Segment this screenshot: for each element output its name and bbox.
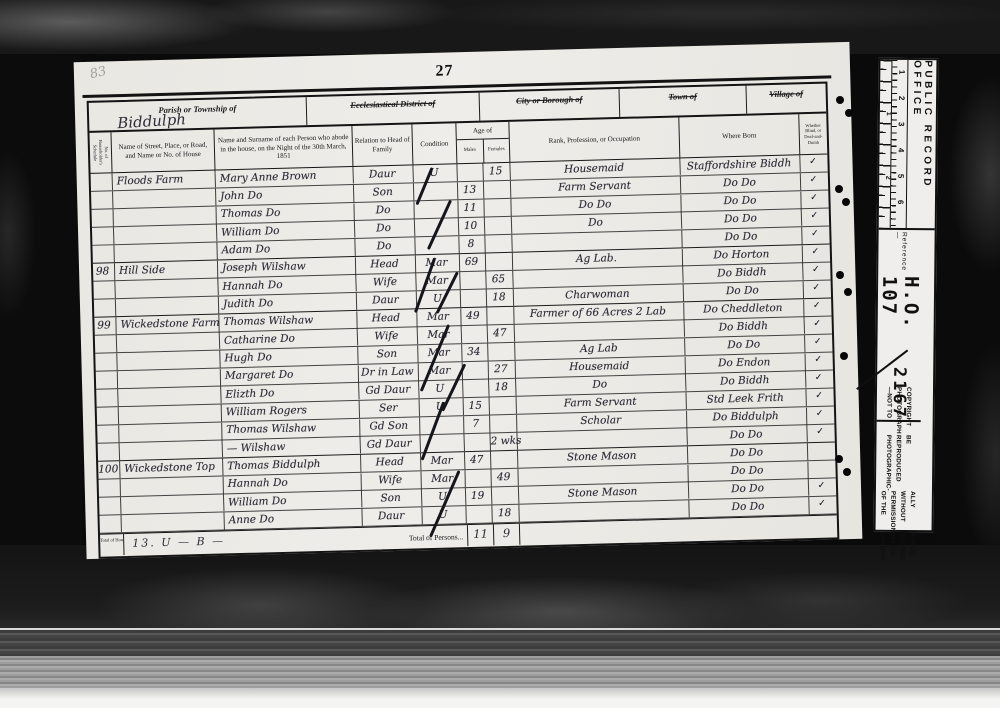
cell-age_f [484, 199, 511, 217]
cell-born: Do Biddh [683, 263, 803, 284]
copyright-line: PUBLIC RECORD OFFICE, LONDON [877, 532, 916, 561]
header-field-3: Town of [620, 86, 748, 117]
header-field-1: Ecclesiastical District of [307, 93, 481, 126]
cell-sched [94, 299, 116, 317]
header-field-label: City or Borough of [516, 94, 583, 106]
cell-born: Do Biddh [685, 317, 805, 338]
cell-sched [93, 281, 116, 299]
cell-infirm [808, 442, 835, 460]
cell-age_m: 8 [459, 236, 485, 254]
cell-age_f [491, 451, 518, 469]
cell-born: Do Do [684, 281, 804, 301]
cell-age_f: 27 [489, 361, 516, 379]
cell-condition [420, 416, 464, 434]
cell-age_f [490, 415, 517, 433]
punch-hole [840, 352, 848, 360]
cell-age_m: 11 [458, 200, 484, 217]
cell-relation: Daur [353, 165, 414, 184]
cell-infirm: ✓ [807, 424, 835, 442]
cell-relation: Do [355, 237, 415, 256]
cell-age_m [463, 362, 489, 379]
cell-age_f: 15 [483, 163, 511, 181]
punch-hole [835, 185, 843, 193]
ruler-cm-number: 5 [896, 174, 905, 179]
cell-infirm: ✓ [800, 154, 828, 172]
cell-condition: Mar [421, 452, 465, 470]
cell-born: Do Do [681, 173, 801, 193]
cell-relation: Son [354, 183, 414, 202]
cell-born: Do Do [685, 335, 805, 355]
cell-born: Do Biddulph [687, 408, 807, 427]
cell-age_m [463, 379, 490, 397]
cell-sched [97, 407, 119, 425]
cell-sched [96, 371, 118, 388]
scanner-white-band [0, 688, 1000, 708]
cell-name: John Do [216, 185, 354, 206]
col-header-schedule: No. of Householder's Schedule [89, 132, 112, 173]
cell-age_f [486, 253, 513, 271]
cell-address: Floods Farm [112, 170, 216, 190]
cell-age_f: 2 wks [490, 433, 518, 451]
cell-age_m [457, 163, 484, 181]
cell-infirm: ✓ [802, 227, 829, 245]
total-houses-value: 13. U — B — [124, 528, 340, 555]
cell-age_f [492, 487, 520, 505]
col-header-age-females: Females [483, 139, 509, 163]
col-header-condition: Condition [412, 123, 457, 164]
cell-born: Do Do [682, 209, 802, 230]
cell-infirm: ✓ [806, 370, 834, 388]
cell-age_f: 18 [487, 289, 514, 307]
punch-hole [835, 455, 843, 463]
cell-sched: 100 [98, 461, 120, 479]
col-header-born: Where Born [679, 114, 800, 157]
header-field-label: Town of [668, 91, 697, 102]
cell-sched [95, 353, 117, 371]
cell-relation: Dr in Law [359, 364, 419, 382]
cell-age_f [490, 397, 517, 415]
cell-address: Wickedstone Top [120, 458, 223, 478]
col-header-relation: Relation to Head of Family [352, 124, 413, 166]
cell-born: Do Do [688, 443, 808, 463]
film-noise-top [0, 0, 1000, 54]
cell-condition: Mar [416, 254, 460, 272]
cell-condition [415, 236, 459, 254]
cell-condition [414, 200, 458, 218]
total-houses-label: Total of Houses [100, 534, 125, 556]
film-noise-left [0, 54, 82, 554]
reference-piece: 2167 [889, 367, 910, 420]
cell-name: Thomas Biddulph [223, 455, 361, 476]
reference-series: H.O. 107 [877, 276, 922, 364]
cell-condition: Mar [417, 308, 461, 326]
cell-address [116, 297, 219, 317]
cell-age_m: 49 [461, 308, 487, 325]
cell-infirm: ✓ [801, 173, 828, 191]
cell-infirm: ✓ [805, 334, 832, 352]
col-header-name: Name and Surname of each Person who abod… [214, 126, 353, 170]
cell-born: Std Leek Frith [686, 389, 806, 409]
cell-age_m [460, 271, 487, 289]
col-header-street: Name of Street, Place, or Road, and Name… [111, 130, 215, 173]
cell-born: Do Endon [686, 354, 806, 373]
ruler-cm-number: 6 [896, 200, 905, 205]
cell-infirm: ✓ [809, 478, 837, 496]
cell-age_m: 34 [462, 343, 488, 361]
cell-age_f: 65 [486, 271, 514, 289]
total-persons-males: 11 [467, 524, 494, 546]
cell-relation: Wife [358, 327, 419, 346]
cell-born: Staffordshire Biddh [680, 155, 800, 176]
col-header-age-males: Males [457, 140, 484, 164]
cell-sched [91, 191, 113, 209]
cell-condition: U [422, 506, 466, 524]
cell-address [113, 189, 216, 209]
col-header-infirm: Whether Blind, or Deaf-and-Dumb [799, 114, 827, 155]
cell-relation: Gd Daur [360, 435, 421, 454]
cell-infirm: ✓ [803, 262, 831, 280]
cell-name: Anne Do [224, 509, 362, 530]
parish-handwritten-value: Biddulph [117, 110, 187, 132]
cell-relation: Gd Son [360, 418, 420, 436]
cell-name: Thomas Do [217, 203, 355, 223]
cell-address [121, 512, 224, 532]
copyright-notice: COPYRIGHT PHOTOGRAPH—NOT TOBE REPRODUCED… [876, 422, 920, 526]
cell-name: Hannah Do [224, 473, 362, 493]
cell-address [115, 278, 219, 298]
cell-name: William Rogers [222, 401, 360, 422]
header-field-4: Village of [746, 84, 826, 114]
cell-relation: Ser [360, 399, 420, 418]
cell-age_f [485, 235, 512, 253]
table-rows: Floods FarmMary Anne BrownDaurU15Housema… [91, 155, 837, 534]
pro-office-label: PUBLIC RECORD OFFICE [906, 60, 937, 228]
copyright-line: BE REPRODUCED PHOTOGRAPHIC- [883, 434, 913, 490]
cell-occupation [519, 500, 689, 521]
cell-sched: 98 [93, 263, 115, 280]
cell-age_m: 15 [464, 397, 490, 415]
cell-infirm: ✓ [804, 316, 832, 334]
cell-sched: 99 [94, 317, 116, 334]
cell-age_m: 10 [459, 217, 486, 235]
cell-sched [100, 515, 122, 533]
cell-age_m: 7 [464, 416, 490, 433]
cell-name: Thomas Wilshaw [222, 419, 360, 439]
cell-address [118, 386, 222, 406]
cell-address [121, 494, 225, 514]
cell-infirm: ✓ [804, 299, 831, 317]
cell-infirm: ✓ [801, 191, 828, 209]
cell-address [119, 404, 222, 424]
cell-sched [99, 497, 122, 515]
cell-relation: Do [355, 219, 416, 238]
ruler-cm-number: 4 [896, 148, 905, 153]
cell-relation: Head [357, 310, 417, 328]
punch-hole [842, 198, 850, 206]
cell-born: Do Do [687, 425, 807, 446]
cell-age_f: 18 [492, 505, 519, 523]
archive-reference-strip: 12 123456 PUBLIC RECORD OFFICE Reference… [874, 58, 939, 533]
cell-relation: Wife [356, 273, 417, 292]
pro-ruler: 12 123456 PUBLIC RECORD OFFICE [879, 60, 937, 231]
ruler-cm-number: 2 [897, 96, 906, 101]
ruler-cm-number: 3 [897, 122, 906, 127]
cell-address [118, 369, 221, 388]
cell-address [114, 224, 218, 244]
census-page: 83 27 Parish or Township ofBiddulphEccle… [74, 42, 863, 559]
cell-age_f [487, 307, 514, 325]
film-noise-right [936, 54, 1000, 554]
cell-name: Adam Do [217, 239, 355, 260]
cell-born: Do Horton [683, 246, 803, 265]
cell-age_m [466, 505, 492, 523]
cell-address [119, 423, 222, 442]
scanner-gray-band [0, 656, 1000, 688]
punch-hole [836, 96, 844, 104]
cell-relation: Do [354, 202, 414, 220]
cell-relation: Gd Daur [359, 381, 420, 400]
header-field-0: Parish or Township ofBiddulph [89, 97, 308, 131]
cell-age_m [464, 433, 491, 451]
reference-section: Reference — H.O. 107 2167 [877, 230, 923, 422]
cell-age_f: 18 [489, 379, 517, 397]
cell-age_m: 13 [458, 182, 484, 200]
cell-relation: Daur [362, 507, 422, 526]
cell-address: Hill Side [115, 261, 218, 280]
cell-age_f [484, 181, 511, 199]
punch-hole [836, 271, 844, 279]
cell-age_m [465, 470, 491, 487]
cell-infirm: ✓ [806, 388, 833, 406]
cell-name: Hugh Do [220, 347, 358, 368]
col-header-age-label: Age of [456, 122, 508, 140]
cell-age_m: 47 [465, 451, 491, 469]
cell-sched [92, 227, 115, 245]
cell-address [120, 440, 224, 460]
cell-infirm: ✓ [806, 353, 833, 371]
cell-relation: Wife [362, 471, 422, 489]
cell-sched [92, 245, 114, 263]
cell-infirm: ✓ [809, 496, 836, 514]
cell-sched [98, 443, 121, 461]
census-table: Parish or Township ofBiddulphEcclesiasti… [87, 82, 840, 559]
cell-relation: Head [361, 453, 421, 472]
header-field-2: City or Borough of [480, 89, 621, 121]
col-header-age: Age of Males Females [456, 122, 510, 163]
cell-born: Do Do [681, 192, 801, 211]
cell-relation: Head [356, 256, 416, 274]
ruler-cm-number: 1 [897, 70, 906, 75]
cell-age_f [485, 217, 513, 235]
cell-infirm: ✓ [804, 281, 831, 299]
cell-infirm: ✓ [807, 407, 834, 425]
total-persons-females: 9 [493, 524, 521, 546]
cell-sched [96, 389, 119, 407]
cell-relation: Son [362, 489, 423, 508]
cell-age_m: 69 [460, 254, 486, 271]
cell-address [117, 351, 220, 371]
film-noise-bottom [0, 545, 1000, 633]
header-field-label: Village of [769, 88, 803, 99]
punch-hole [845, 109, 853, 117]
cell-age_m [462, 325, 489, 343]
cell-born: Do Biddh [686, 371, 806, 392]
cell-name: Judith Do [219, 293, 357, 314]
cell-address [121, 477, 224, 496]
census-scan: 83 27 Parish or Township ofBiddulphEccle… [0, 0, 1000, 708]
cell-sched [92, 209, 114, 226]
cell-age_f [488, 343, 515, 361]
col-header-occupation: Rank, Profession, or Occupation [509, 117, 680, 161]
cell-sched [97, 425, 119, 442]
cell-condition: U [413, 164, 458, 182]
cell-born: Do Do [688, 462, 808, 481]
cell-sched [95, 335, 118, 353]
cell-age_f: 47 [488, 325, 516, 343]
film-streak-band [0, 628, 1000, 658]
cell-address [117, 332, 221, 352]
cell-age_m: 19 [466, 487, 493, 505]
total-persons-label: Total of Persons... [340, 525, 468, 549]
cell-infirm: ✓ [803, 245, 830, 263]
ruler-cm-ticks: 123456 [890, 60, 908, 228]
cell-born: Do Do [689, 497, 809, 517]
cell-infirm [808, 461, 835, 479]
punch-hole [843, 468, 851, 476]
copyright-line: ALLY WITHOUT PERMISSION OF THE [878, 490, 917, 532]
cell-age_f: 49 [491, 469, 518, 487]
cell-born: Do Do [682, 227, 802, 247]
cell-born: Do Cheddleton [684, 300, 804, 319]
cell-address [114, 243, 217, 263]
cell-relation: Daur [357, 291, 417, 310]
cell-born: Do Do [689, 479, 809, 500]
punch-hole [844, 288, 852, 296]
cell-age_m [461, 290, 487, 308]
cell-address [114, 207, 217, 226]
reference-label: Reference — [893, 232, 907, 272]
header-field-label: Ecclesiastical District of [350, 98, 435, 110]
cell-sched [99, 479, 121, 496]
cell-infirm: ✓ [802, 208, 830, 226]
cell-relation: Son [358, 345, 418, 364]
cell-sched [90, 173, 113, 191]
cell-address: Wickedstone Farm [116, 315, 219, 334]
